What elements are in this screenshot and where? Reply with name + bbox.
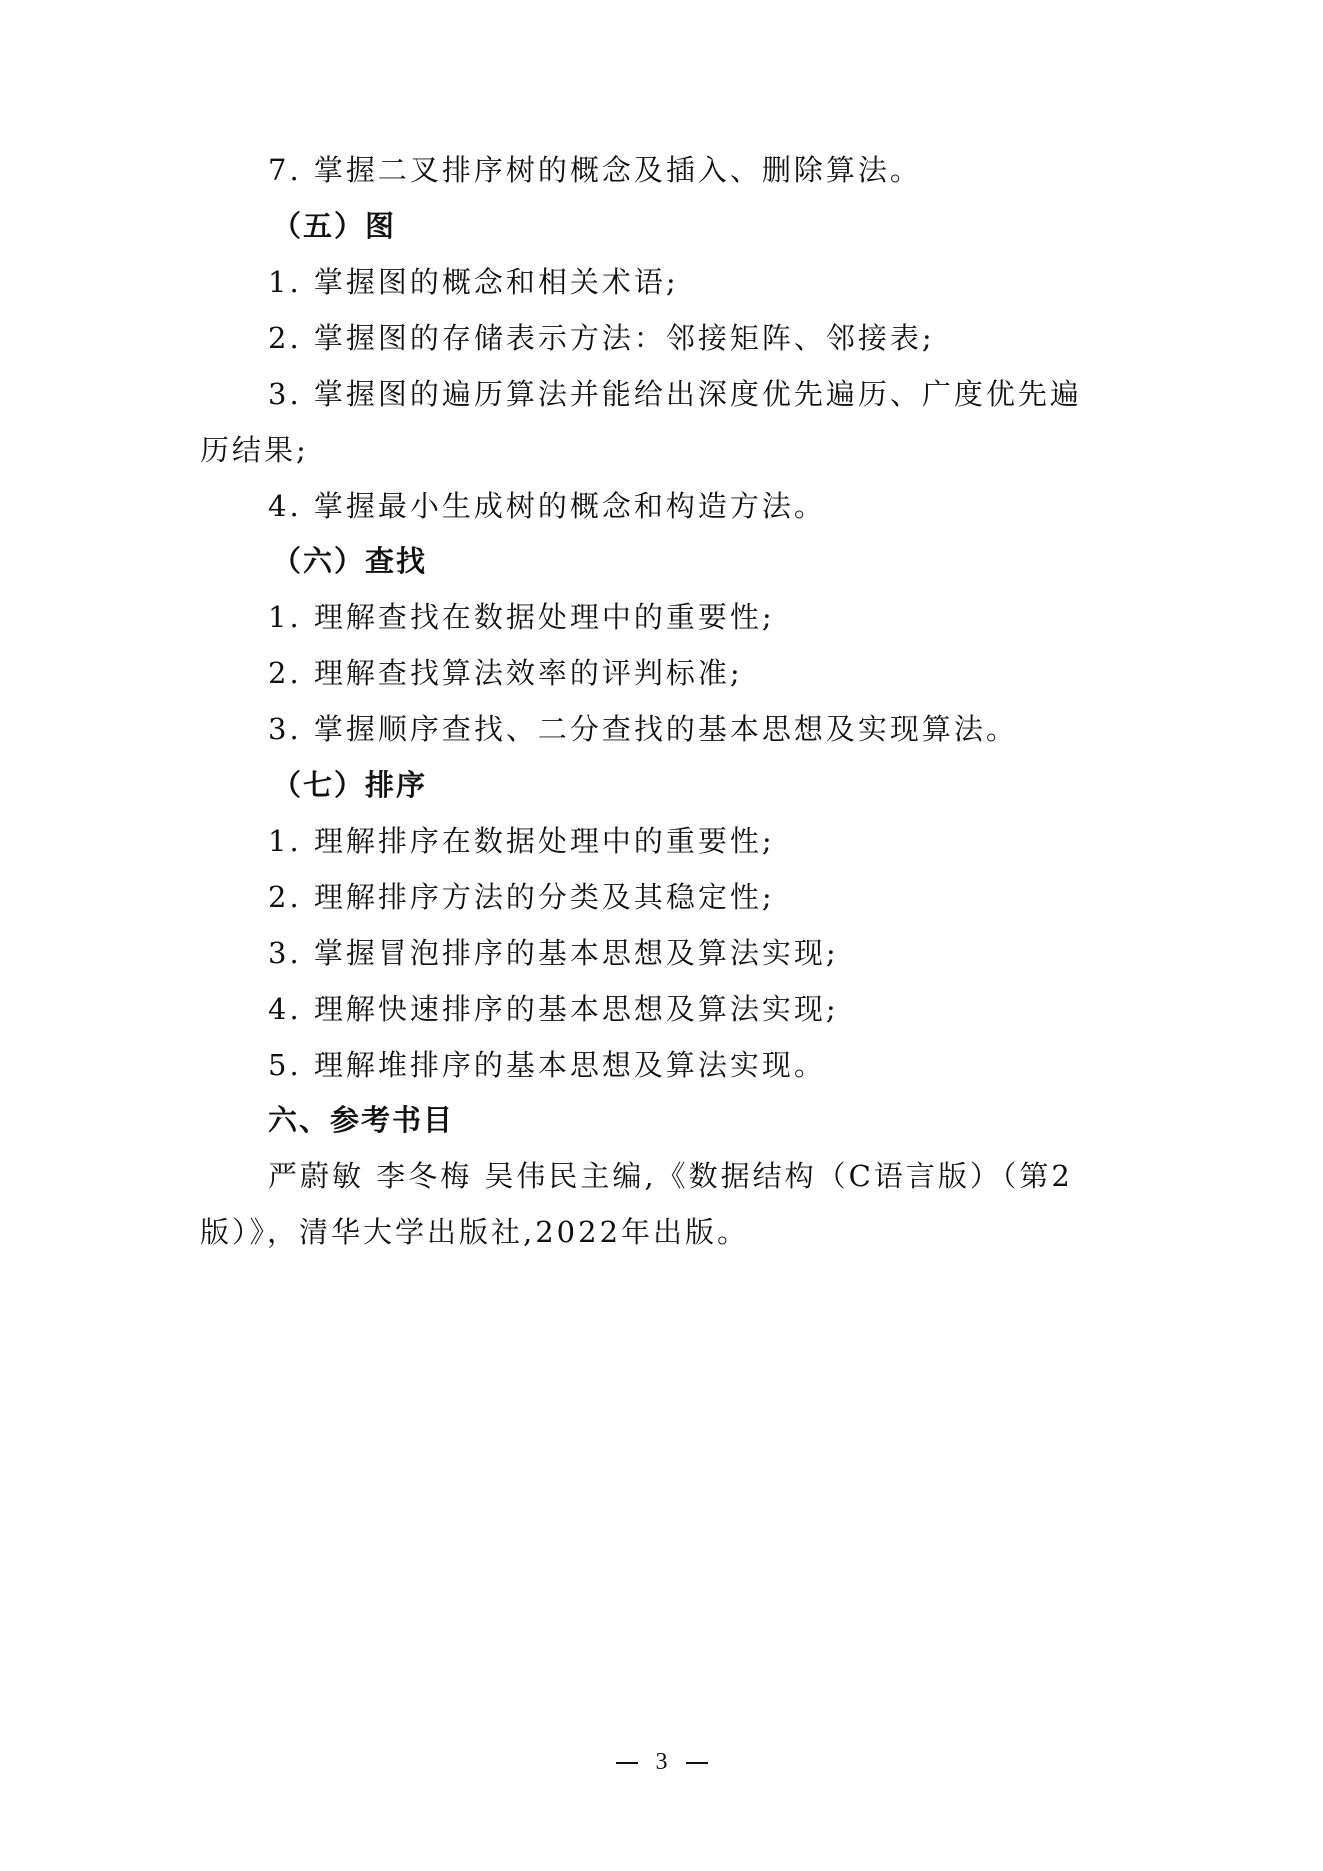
section-heading-sort: （七）排序 (272, 765, 427, 805)
list-item: 2. 理解查找算法效率的评判标准; (268, 653, 743, 693)
list-item: 1. 理解查找在数据处理中的重要性; (268, 597, 775, 637)
list-item: 4. 理解快速排序的基本思想及算法实现; (268, 989, 839, 1029)
list-item: 1. 掌握图的概念和相关术语; (268, 262, 679, 302)
list-item: 5. 理解堆排序的基本思想及算法实现。 (268, 1045, 826, 1085)
reference-entry: 严蔚敏 李冬梅 吴伟民主编,《数据结构（C语言版）（第2 (268, 1156, 1073, 1196)
dash-right (686, 1762, 708, 1764)
page-footer: 3 (0, 1746, 1323, 1778)
list-item: 2. 理解排序方法的分类及其稳定性; (268, 877, 775, 917)
list-item: 3. 掌握图的遍历算法并能给出深度优先遍历、广度优先遍 (268, 374, 1082, 414)
list-item: 1. 理解排序在数据处理中的重要性; (268, 821, 775, 861)
page-number: 3 (656, 1749, 668, 1775)
reference-entry-continuation: 版）》，清华大学出版社,2022年出版。 (200, 1212, 749, 1252)
list-item: 3. 掌握顺序查找、二分查找的基本思想及实现算法。 (268, 709, 1018, 749)
dash-left (616, 1762, 638, 1764)
section-heading-search: （六）查找 (272, 541, 427, 581)
list-item: 4. 掌握最小生成树的概念和构造方法。 (268, 486, 826, 526)
document-page: 7. 掌握二叉排序树的概念及插入、删除算法。 （五）图 1. 掌握图的概念和相关… (0, 0, 1323, 1871)
list-item: 7. 掌握二叉排序树的概念及插入、删除算法。 (268, 150, 922, 190)
section-heading-references: 六、参考书目 (268, 1100, 454, 1140)
list-item: 2. 掌握图的存储表示方法：邻接矩阵、邻接表; (268, 318, 935, 358)
list-item: 3. 掌握冒泡排序的基本思想及算法实现; (268, 933, 839, 973)
list-item-continuation: 历结果; (200, 430, 309, 470)
section-heading-graph: （五）图 (272, 206, 396, 246)
